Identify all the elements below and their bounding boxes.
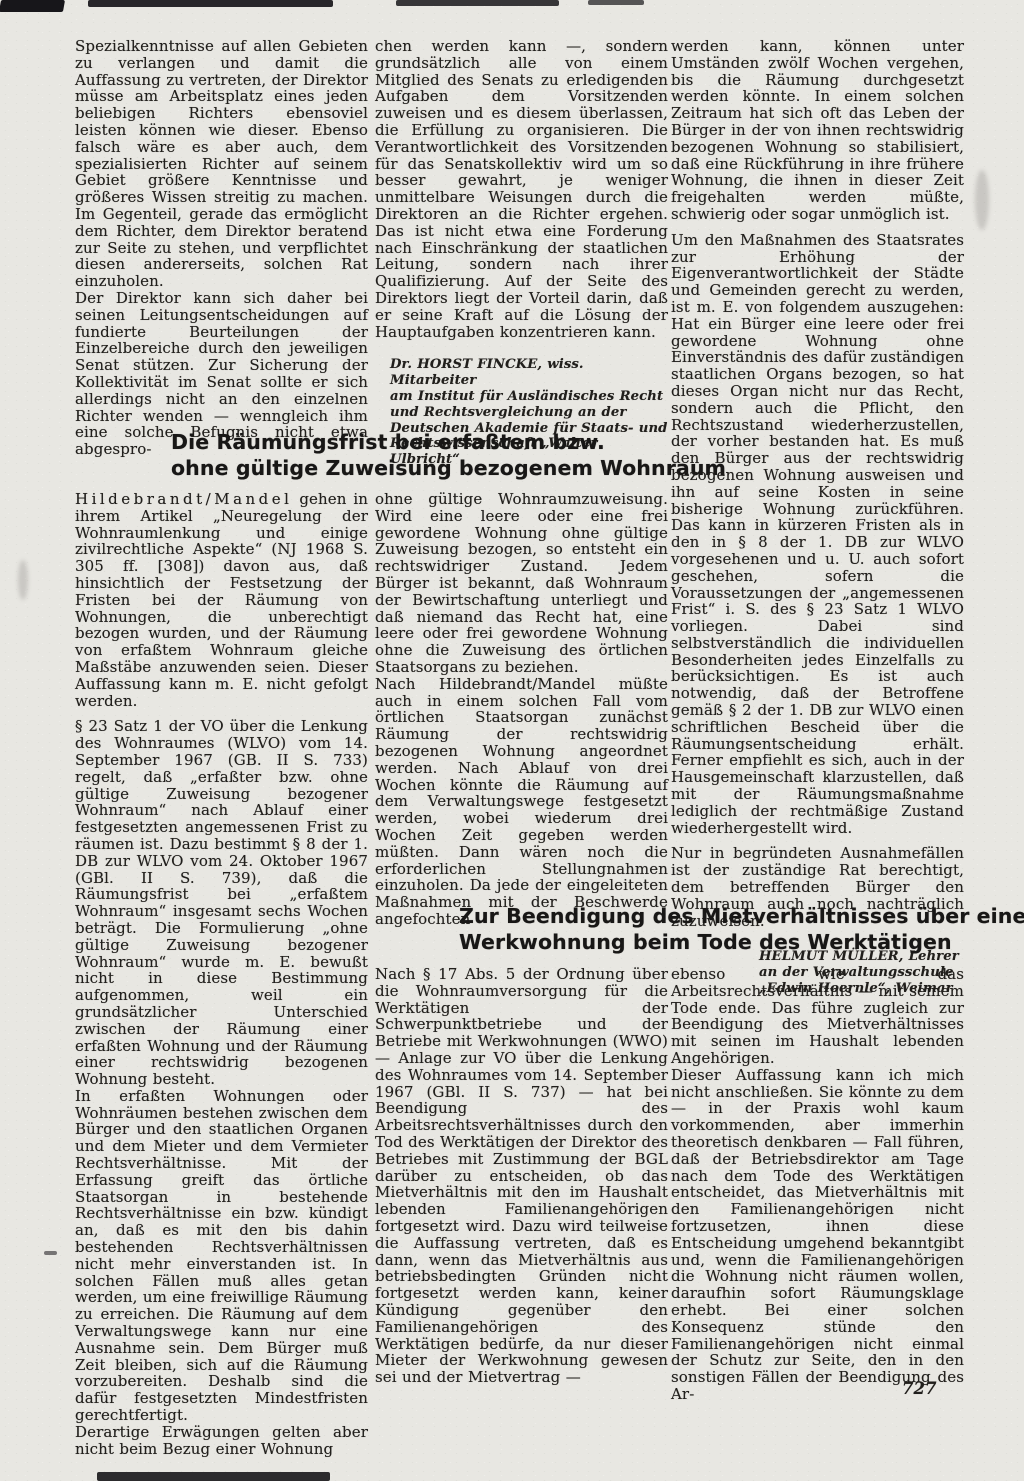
paragraph: Nach § 17 Abs. 5 der Ordnung über die Wo… bbox=[375, 966, 668, 1386]
paragraph: Dieser Auffassung kann ich mich nicht an… bbox=[671, 1067, 964, 1403]
paragraph: chen werden kann —, sondern grundsätzlic… bbox=[375, 38, 668, 340]
article2-column1: Hildebrandt/Mandel gehen in ihrem Artike… bbox=[75, 491, 368, 1457]
paragraph: werden kann, können unter Umständen zwöl… bbox=[671, 38, 964, 223]
scan-artifact bbox=[97, 1472, 330, 1481]
article3-column2: Nach § 17 Abs. 5 der Ordnung über die Wo… bbox=[375, 966, 668, 1386]
article-title-line: Zur Beendigung des Mietverhältnisses übe… bbox=[459, 903, 1024, 929]
page-number: 727 bbox=[902, 1379, 936, 1398]
signature-line: am Institut für Ausländisches Recht bbox=[390, 389, 668, 405]
scan-artifact bbox=[44, 1251, 57, 1255]
paragraph: Hildebrandt/Mandel gehen in ihrem Artike… bbox=[75, 491, 368, 709]
article1-column2: chen werden kann —, sondern grundsätzlic… bbox=[375, 38, 668, 468]
paragraph: ebenso wie das Arbeitsrechtsverhältnis —… bbox=[671, 966, 964, 1067]
paragraph-text: gehen in ihrem Artikel „Neuregelung der … bbox=[75, 490, 368, 710]
journal-page: Spezialkenntnisse auf allen Gebieten zu … bbox=[0, 0, 1024, 1481]
article-title-line: Die Räumungsfrist bei erfaßtem bzw. bbox=[171, 429, 726, 455]
paragraph: § 23 Satz 1 der VO über die Lenkung des … bbox=[75, 718, 368, 1088]
signature-line: Dr. HORST FINCKE, wiss. Mitarbeiter bbox=[390, 357, 668, 389]
article1-column1: Spezialkenntnisse auf allen Gebieten zu … bbox=[75, 38, 368, 458]
author-reference: Hildebrandt/Mandel bbox=[75, 490, 292, 508]
paragraph: ohne gültige Wohnraumzuweisung. Wird ein… bbox=[375, 491, 668, 676]
article2-column3: werden kann, können unter Umständen zwöl… bbox=[671, 38, 964, 997]
scan-smudge bbox=[975, 170, 989, 230]
signature-line: und Rechtsvergleichung an der bbox=[390, 405, 668, 421]
article3-title: Zur Beendigung des Mietverhältnisses übe… bbox=[459, 903, 1024, 955]
paragraph: Derartige Erwägungen gelten aber nicht b… bbox=[75, 1424, 368, 1458]
article-title-line: ohne gültige Zuweisung bezogenem Wohnrau… bbox=[171, 455, 726, 481]
paragraph: Spezialkenntnisse auf allen Gebieten zu … bbox=[75, 38, 368, 290]
paragraph: In erfaßten Wohnungen oder Wohnräumen be… bbox=[75, 1088, 368, 1424]
paragraph: Um den Maßnahmen des Staatsrates zur Erh… bbox=[671, 232, 964, 837]
article2-column2: ohne gültige Wohnraumzuweisung. Wird ein… bbox=[375, 491, 668, 928]
paragraph: Nach Hildebrandt/Mandel müßte auch in ei… bbox=[375, 676, 668, 928]
scan-artifact bbox=[88, 0, 333, 7]
scan-artifact bbox=[588, 0, 644, 5]
scan-artifact bbox=[396, 0, 559, 6]
article2-title: Die Räumungsfrist bei erfaßtem bzw. ohne… bbox=[171, 429, 726, 481]
scan-artifact bbox=[0, 0, 65, 12]
article-title-line: Werkwohnung beim Tode des Werktätigen bbox=[459, 929, 1024, 955]
scan-smudge bbox=[18, 560, 28, 600]
article3-column3: ebenso wie das Arbeitsrechtsverhältnis —… bbox=[671, 966, 964, 1403]
